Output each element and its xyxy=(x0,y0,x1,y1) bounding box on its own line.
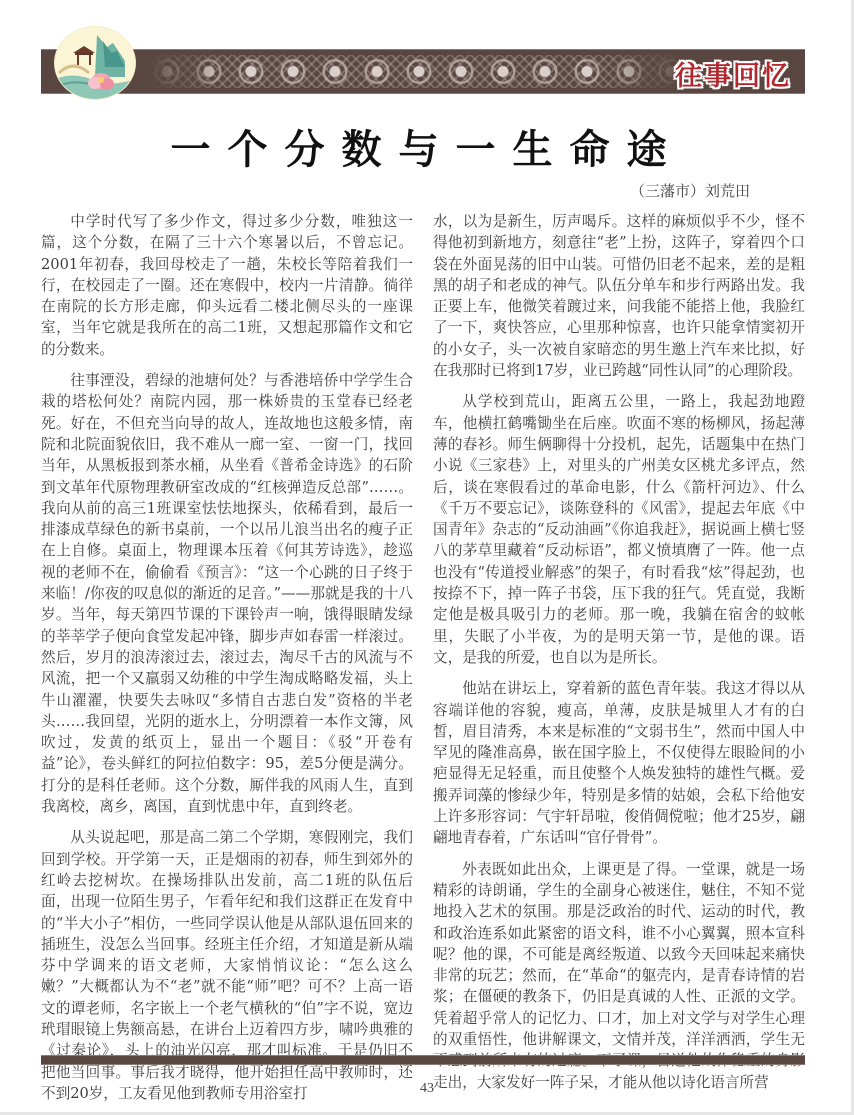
paragraph: 中学时代写了多少作文，得过多少分数，唯独这一篇，这个分数，在隔了三十六个寒暑以后… xyxy=(41,211,413,360)
footer-rule xyxy=(41,1055,805,1065)
section-tag: 往事回忆 xyxy=(675,54,791,93)
paragraph: 他站在讲坛上，穿着新的蓝色青年装。我这才得以从容端详他的容貌，瘦高，单薄，皮肤是… xyxy=(433,678,805,848)
pavilion-lotus-landscape-icon xyxy=(55,27,135,99)
article-title: 一个分数与一生命途 xyxy=(0,118,854,175)
paragraph-continued: 水，以为是新生，厉声喝斥。这样的麻烦似乎不少，怪不得他初到新地方，刻意往“老”上… xyxy=(433,211,805,381)
left-column: 中学时代写了多少作文，得过多少分数，唯独这一篇，这个分数，在隔了三十六个寒暑以后… xyxy=(41,211,413,1114)
page-number: 43 xyxy=(0,1081,854,1097)
right-column: 水，以为是新生，厉声喝斥。这样的麻烦似乎不少，怪不得他初到新地方，刻意往“老”上… xyxy=(433,211,805,1103)
paragraph: 从学校到荒山，距离五公里，一路上，我起劲地蹬车，他横扛鹤嘴锄坐在后座。吹面不寒的… xyxy=(433,391,805,668)
section-banner: 往事回忆 xyxy=(41,49,805,94)
floral-lattice-pattern xyxy=(146,55,685,88)
paragraph: 往事湮没，碧绿的池塘何处？与香港培侨中学学生合栽的塔松何处？南院内园，那一株娇贵… xyxy=(41,370,413,817)
author-byline: （三藩市）刘荒田 xyxy=(630,180,750,201)
